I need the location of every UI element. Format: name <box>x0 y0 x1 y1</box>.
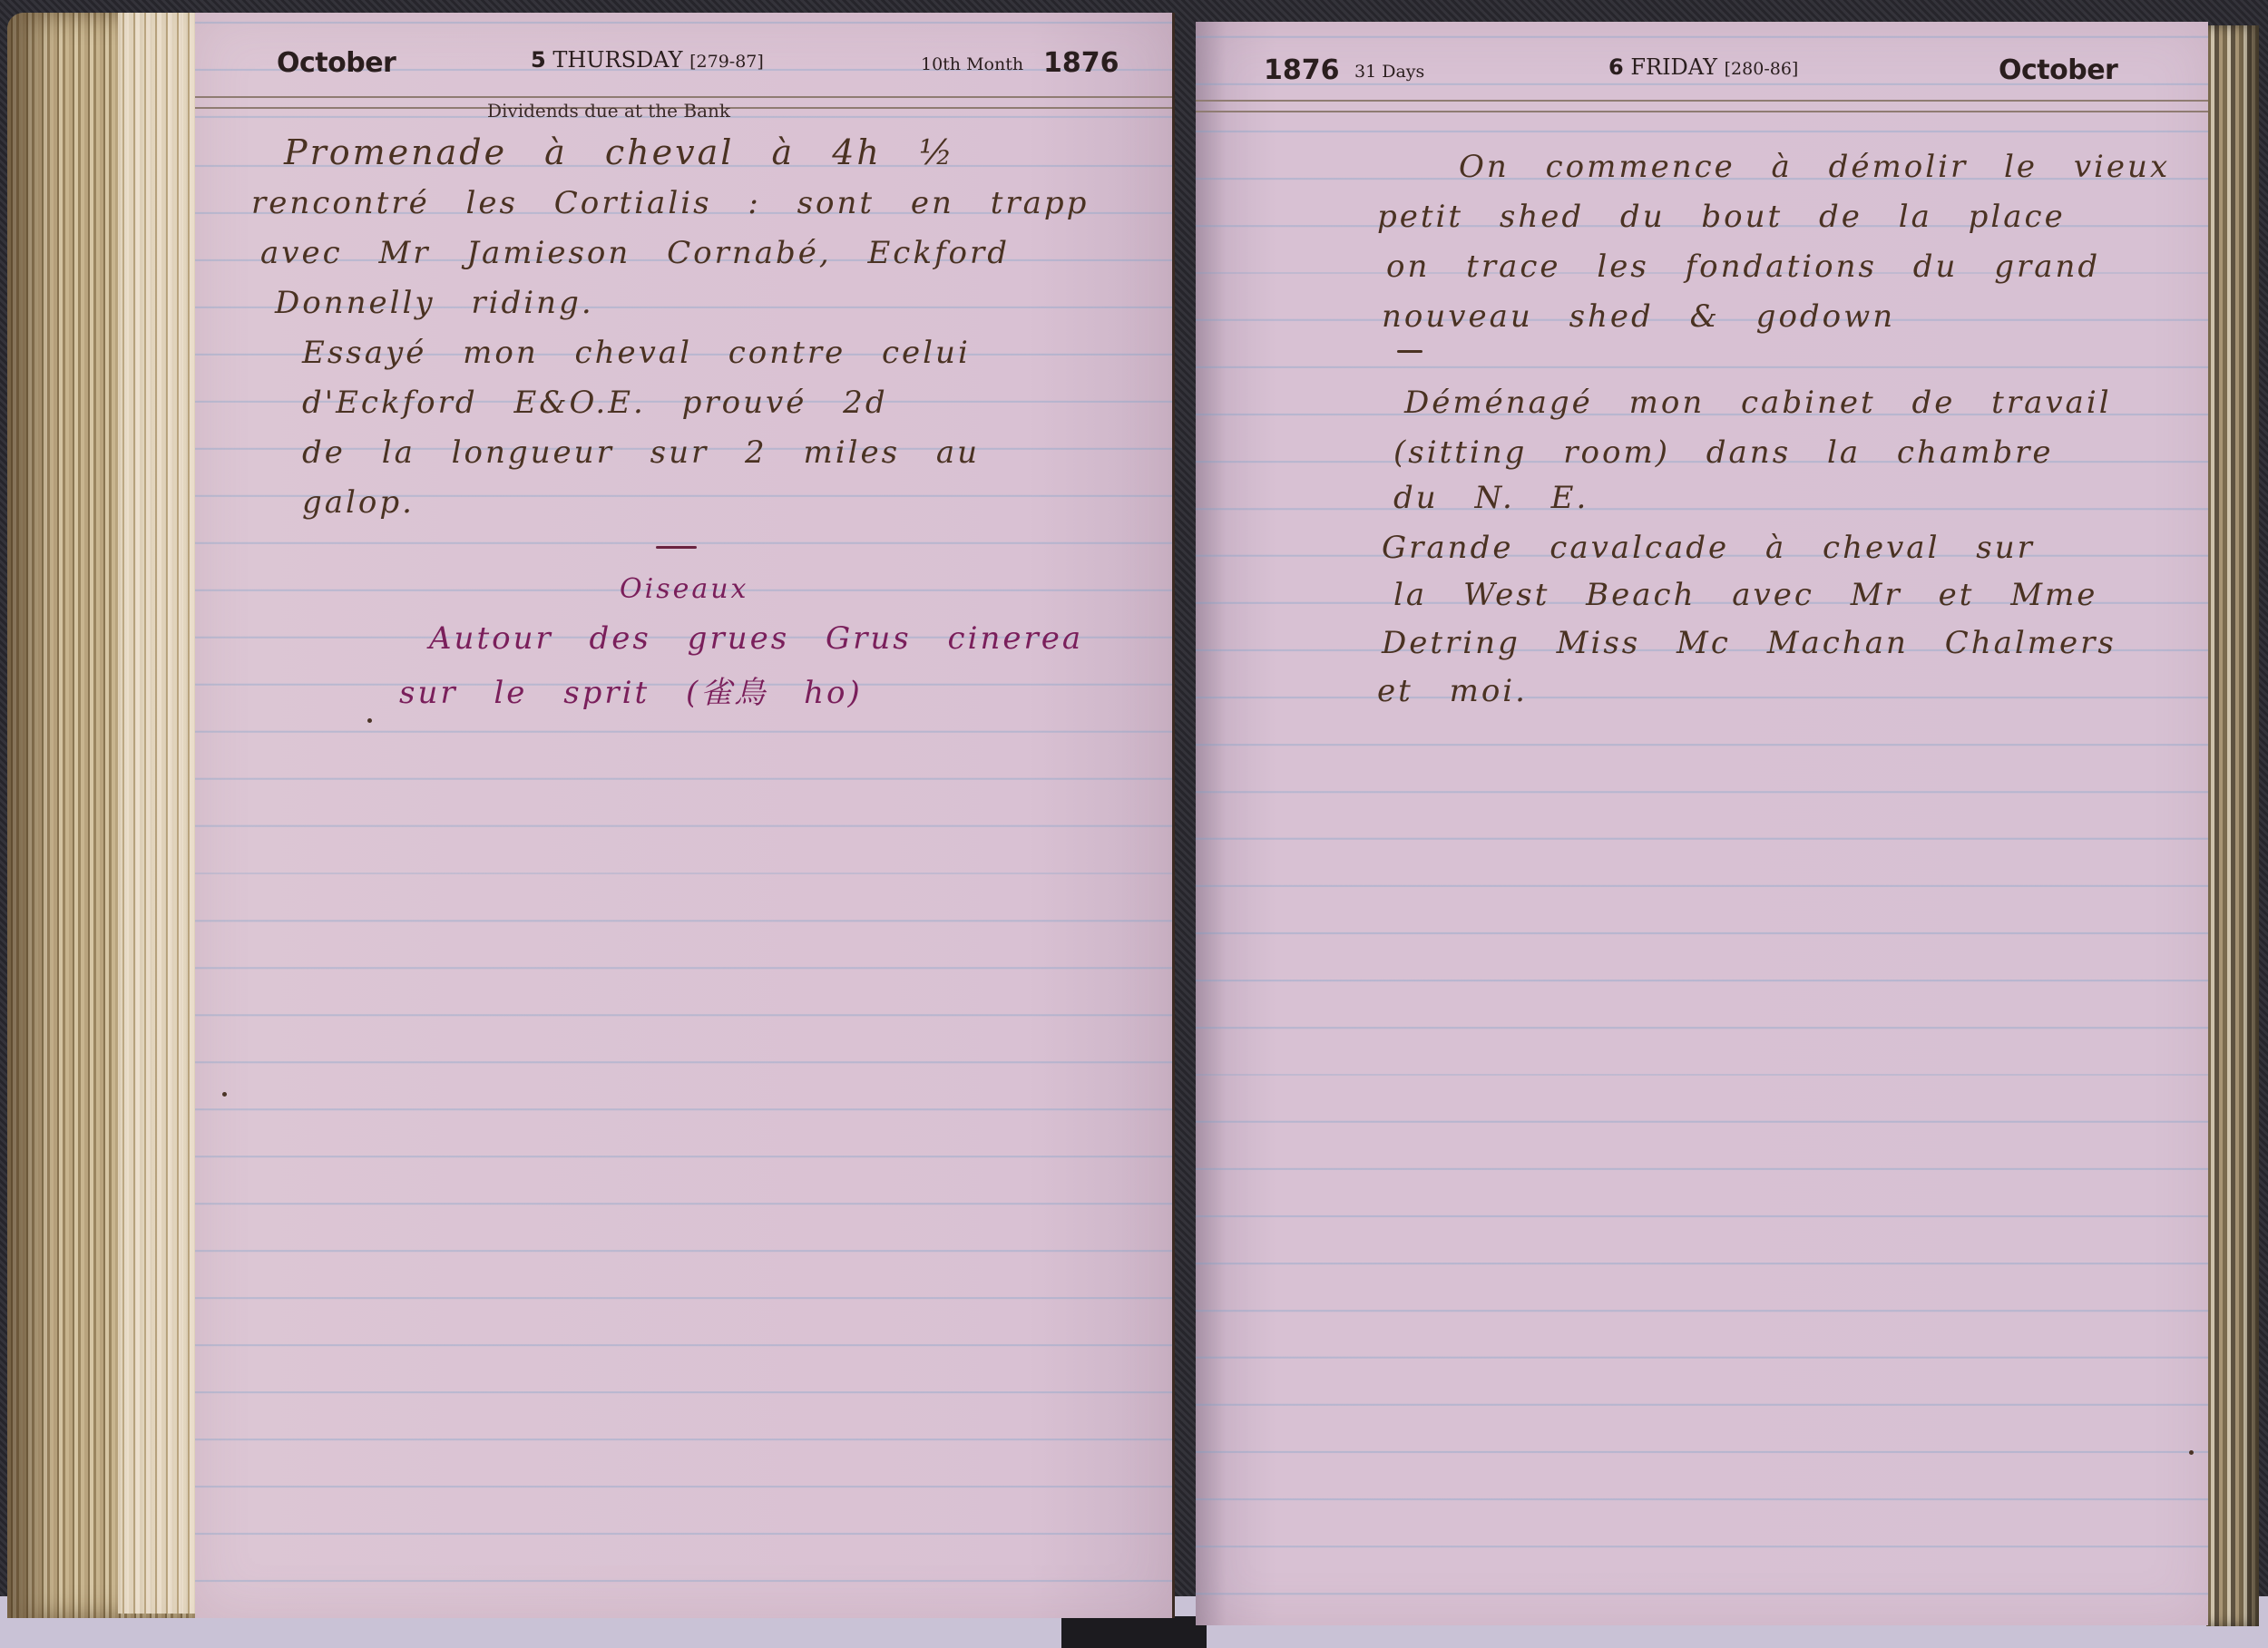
header-day-number: 6 <box>1608 54 1624 80</box>
ink-spot <box>367 718 372 723</box>
right-page-header: 1876 31 Days 6 FRIDAY [280-86] October <box>1196 54 2208 91</box>
entry-line: d'Eckford E&O.E. prouvé 2d <box>302 385 888 421</box>
gutter-fold <box>1172 13 1175 1618</box>
header-weekday: THURSDAY <box>552 47 682 73</box>
entry2-line: Déménagé mon cabinet de travail <box>1404 385 2112 421</box>
entry-line: nouveau shed & godown <box>1382 298 1895 335</box>
right-page-edges <box>2206 25 2259 1626</box>
header-double-rule <box>1196 100 2208 112</box>
entry-line: on trace les fondations du grand <box>1386 249 2100 285</box>
header-days-in-month: 31 Days <box>1354 62 1424 82</box>
entry-line: galop. <box>302 484 415 521</box>
header-weekday: FRIDAY <box>1630 54 1717 80</box>
printed-notice: Dividends due at the Bank <box>487 100 730 122</box>
header-month-ordinal: 10th Month <box>921 54 1023 74</box>
left-page-edges-inner <box>118 13 198 1614</box>
header-year: 1876 <box>1043 47 1119 79</box>
entry3-line: Detring Miss Mc Machan Chalmers <box>1382 625 2116 661</box>
header-month: October <box>277 47 396 79</box>
header-year: 1876 <box>1264 54 1340 86</box>
header-month: October <box>1999 54 2117 86</box>
section-line: sur le sprit (雀鳥 ho) <box>399 668 863 712</box>
ink-spot <box>222 1092 227 1097</box>
header-date: 6 FRIDAY [280-86] <box>1608 54 1798 80</box>
entry-line: avec Mr Jamieson Cornabé, Eckford <box>260 235 1010 271</box>
separator-dash <box>656 546 697 549</box>
entry-line: Promenade à cheval à 4h ½ <box>284 132 955 172</box>
entry-line: Essayé mon cheval contre celui <box>302 335 971 371</box>
entry-line: petit shed du bout de la place <box>1377 199 2066 235</box>
section-title: Oiseaux <box>620 573 748 605</box>
entry2-line: (sitting room) dans la chambre <box>1393 434 2054 471</box>
left-page: October 5 THURSDAY [279-87] 10th Month 1… <box>195 13 1175 1618</box>
entry3-line: la West Beach avec Mr et Mme <box>1393 577 2097 613</box>
entry-line: rencontré les Cortialis : sont en trapp <box>251 185 1089 221</box>
separator-dash <box>1397 350 1422 353</box>
entry-line: de la longueur sur 2 miles au <box>302 434 980 471</box>
header-day-count: [279-87] <box>689 52 764 72</box>
left-page-header: October 5 THURSDAY [279-87] 10th Month 1… <box>195 47 1175 83</box>
entry3-line: Grande cavalcade à cheval sur <box>1382 530 2035 566</box>
header-day-count: [280-86] <box>1725 59 1799 79</box>
right-page: 1876 31 Days 6 FRIDAY [280-86] October O… <box>1196 22 2208 1625</box>
entry-line: On commence à démolir le vieux <box>1459 149 2170 185</box>
section-line: Autour des grues Grus cinerea <box>429 620 1083 657</box>
header-day-number: 5 <box>531 47 546 73</box>
header-date: 5 THURSDAY [279-87] <box>531 47 764 73</box>
entry2-line: du N. E. <box>1393 480 1589 516</box>
entry3-line: et moi. <box>1377 673 1528 709</box>
spine-bottom <box>1061 1616 1207 1648</box>
entry-line: Donnelly riding. <box>275 285 594 321</box>
ink-spot <box>2189 1450 2194 1455</box>
